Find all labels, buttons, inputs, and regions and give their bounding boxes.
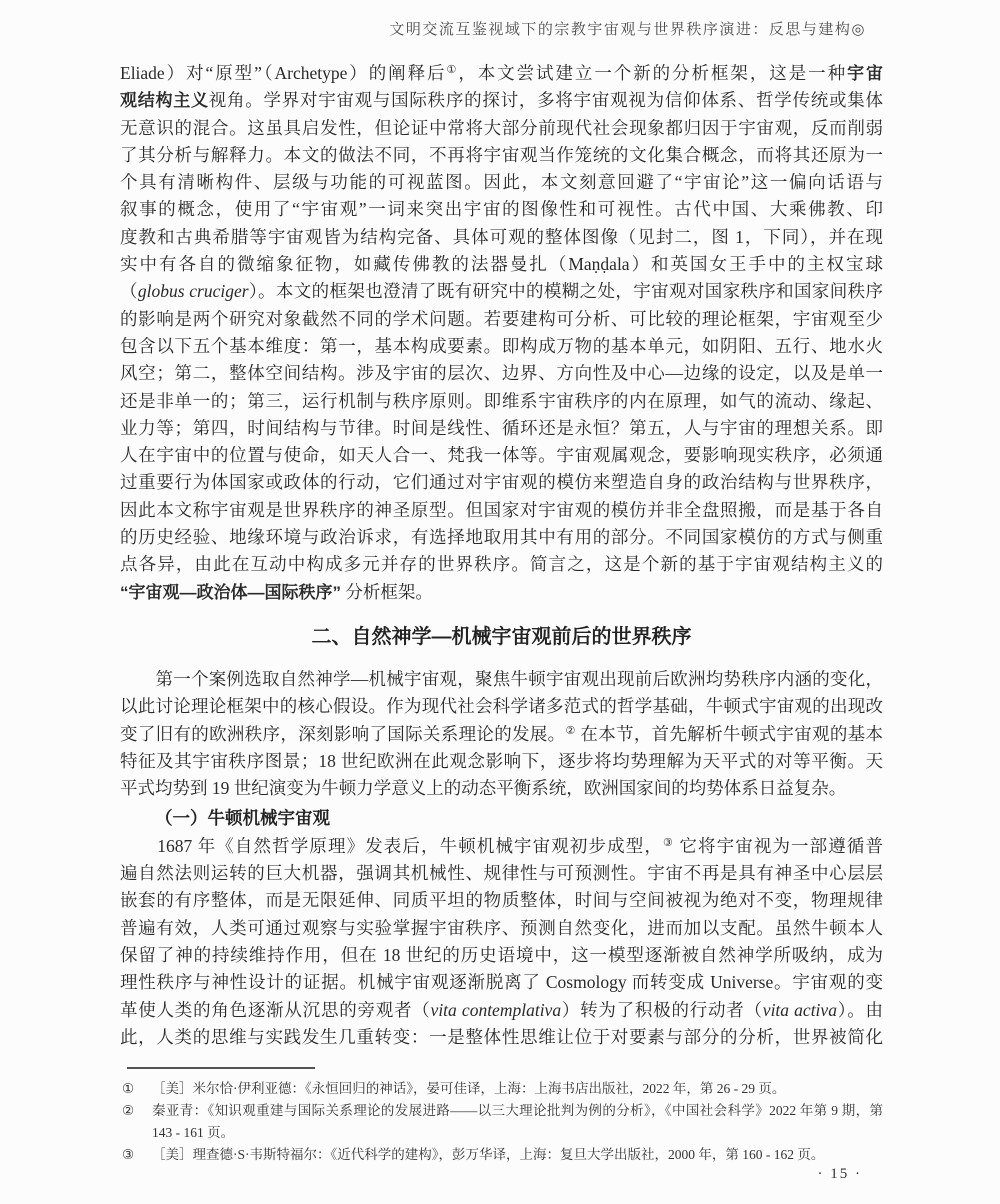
text-segment: 革使人类的角色逐渐从沉思的旁观者（ [120,1000,431,1020]
text-segment: 变了旧有的欧洲秩序，深刻影响了国际关系理论的发展。 [120,724,566,744]
text-segment: 此，人类的思维与实践发生几重转变：一是整体性思维让位于对要素与部分的分析，世界被… [120,1027,883,1047]
text-segment: 业力等；第四，时间结构与节律。时间是线性、循环还是永恒？第五，人与宇宙的理想关系… [120,418,883,438]
text-segment: 个具有清晰构件、层级与功能的可视蓝图。因此，本文刻意回避了“宇宙论”这一偏向话语… [120,172,883,192]
text-segment: 包含以下五个基本维度：第一，基本构成要素。即构成万物的基本单元，如阴阳、五行、地… [120,336,883,356]
footnote-text: ［美］米尔恰·伊利亚德：《永恒回归的神话》，晏可佳译，上海：上海书店出版社，20… [152,1078,883,1100]
paragraph: Eliade）对“原型”（Archetype）的阐释后①，本文尝试建立一个新的分… [120,60,883,606]
text-line: 因此本文称宇宙观是世界秩序的神圣原型。但国家对宇宙观的模仿并非全盘照搬，而是基于… [120,497,883,524]
text-segment: 1687 年《自然哲学原理》发表后，牛顿机械宇宙观初步成型， [120,836,663,856]
text-line: 变了旧有的欧洲秩序，深刻影响了国际关系理论的发展。② 在本节，首先解析牛顿式宇宙… [120,721,883,748]
text-line: 业力等；第四，时间结构与节律。时间是线性、循环还是永恒？第五，人与宇宙的理想关系… [120,415,883,442]
text-segment: 以此讨论理论框架中的核心假设。作为现代社会科学诸多范式的哲学基础，牛顿式宇宙观的… [120,696,883,716]
text-line: 遍自然法则运转的巨大机器，强调其机械性、规律性与可预测性。宇宙不再是具有神圣中心… [120,860,883,887]
text-line: 普遍有效，人类可通过观察与实验掌握宇宙秩序、预测自然变化，进而加以支配。虽然牛顿… [120,915,883,942]
text-line: 1687 年《自然哲学原理》发表后，牛顿机械宇宙观初步成型，③ 它将宇宙视为一部… [120,833,883,860]
text-line: 风空；第二，整体空间结构。涉及宇宙的层次、边界、方向性及中心—边缘的设定，以及是… [120,360,883,387]
footnote-text: 秦亚青：《知识观重建与国际关系理论的发展进路——以三大理论批判为例的分析》，《中… [152,1100,883,1144]
text-line: 革使人类的角色逐渐从沉思的旁观者（vita contemplativa）转为了积… [120,997,883,1024]
text-segment: 平式均势到 19 世纪演变为牛顿力学意义上的动态平衡系统，欧洲国家间的均势体系日… [120,778,846,798]
text-segment: 的影响是两个研究对象截然不同的学术问题。若要建构可分析、可比较的理论框架，宇宙观… [120,309,883,329]
text-line: 还是非单一的；第三，运行机制与秩序原则。即维系宇宙秩序的内在原理，如气的流动、缘… [120,388,883,415]
text-segment: 还是非单一的；第三，运行机制与秩序原则。即维系宇宙秩序的内在原理，如气的流动、缘… [120,391,883,411]
text-segment: 宇宙 [847,64,883,83]
footnote-reference: ③ [663,837,674,849]
text-line: 度教和古典希腊等宇宙观皆为结构完备、具体可观的整体图像（见封二，图 1，下同），… [120,224,883,251]
footnote: ①［美］米尔恰·伊利亚德：《永恒回归的神话》，晏可佳译，上海：上海书店出版社，2… [120,1078,883,1100]
text-line: 观结构主义视角。学界对宇宙观与国际秩序的探讨，多将宇宙观视为信仰体系、哲学传统或… [120,87,883,114]
text-segment: ，本文尝试建立一个新的分析框架，这是一种 [458,63,847,83]
text-segment: ）。本文的框架也澄清了既有研究中的模糊之处，宇宙观对国家秩序和国家间秩序 [249,281,883,301]
text-segment: 过重要行为体国家或政体的行动，它们通过对宇宙观的模仿来塑造自身的政治结构与世界秩… [120,472,883,492]
footnote-reference: ① [447,64,459,76]
text-line: 点各异，由此在互动中构成多元并存的世界秩序。简言之，这是个新的基于宇宙观结构主义… [120,551,883,578]
text-segment: 普遍有效，人类可通过观察与实验掌握宇宙秩序、预测自然变化，进而加以支配。虽然牛顿… [120,918,883,938]
text-line: 实中有各自的微缩象征物，如藏传佛教的法器曼扎（Maṇḍala）和英国女王手中的主… [120,251,883,278]
text-line: （globus cruciger）。本文的框架也澄清了既有研究中的模糊之处，宇宙… [120,278,883,305]
text-line: 嵌套的有序整体，而是无限延伸、同质平坦的物质整体，时间与空间被视为绝对不变，物理… [120,887,883,914]
text-segment: 第一个案例选取自然神学—机械宇宙观，聚焦牛顿宇宙观出现前后欧洲均势秩序内涵的变化… [120,669,883,689]
text-segment: Eliade）对“原型”（Archetype）的阐释后 [120,63,447,83]
footnote: ②秦亚青：《知识观重建与国际关系理论的发展进路——以三大理论批判为例的分析》，《… [120,1100,883,1144]
text-segment: 观结构主义 [120,91,209,110]
footnotes-section: ①［美］米尔恰·伊利亚德：《永恒回归的神话》，晏可佳译，上海：上海书店出版社，2… [120,1067,883,1166]
text-line: 的历史经验、地缘环境与政治诉求，有选择地取用其中有用的部分。不同国家模仿的方式与… [120,524,883,551]
text-segment: vita contemplativa [431,1000,562,1020]
text-line: 此，人类的思维与实践发生几重转变：一是整体性思维让位于对要素与部分的分析，世界被… [120,1024,883,1051]
text-segment: 人在宇宙中的位置与使命，如天人合一、梵我一体等。宇宙观属观念，要影响现实秩序，必… [120,445,883,465]
text-segment: 视角。学界对宇宙观与国际秩序的探讨，多将宇宙观视为信仰体系、哲学传统或集体 [209,90,883,110]
footnote-marker: ① [120,1078,152,1100]
running-header: 文明交流互鉴视域下的宗教宇宙观与世界秩序演进：反思与建构◎ [389,18,866,39]
text-segment: ）转为了积极的行动者（ [561,1000,763,1020]
paragraph: 第一个案例选取自然神学—机械宇宙观，聚焦牛顿宇宙观出现前后欧洲均势秩序内涵的变化… [120,666,883,802]
text-line: 无意识的混合。这虽具启发性，但论证中常将大部分前现代社会现象都归因于宇宙观，反而… [120,115,883,142]
text-line: “宇宙观—政治体—国际秩序” 分析框架。 [120,579,883,606]
footnote-marker: ③ [120,1144,152,1166]
text-line: 了其分析与解释力。本文的做法不同，不再将宇宙观当作笼统的文化集合概念，而将其还原… [120,142,883,169]
text-segment: 点各异，由此在互动中构成多元并存的世界秩序。简言之，这是个新的基于宇宙观结构主义… [120,554,883,574]
text-line: Eliade）对“原型”（Archetype）的阐释后①，本文尝试建立一个新的分… [120,60,883,87]
text-segment: 分析框架。 [341,582,433,602]
text-line: 过重要行为体国家或政体的行动，它们通过对宇宙观的模仿来塑造自身的政治结构与世界秩… [120,469,883,496]
paragraph: 1687 年《自然哲学原理》发表后，牛顿机械宇宙观初步成型，③ 它将宇宙视为一部… [120,833,883,1051]
text-line: 理性秩序与神性设计的证据。机械宇宙观逐渐脱离了 Cosmology 而转变成 U… [120,969,883,996]
text-segment: 的历史经验、地缘环境与政治诉求，有选择地取用其中有用的部分。不同国家模仿的方式与… [120,527,883,547]
text-line: 包含以下五个基本维度：第一，基本构成要素。即构成万物的基本单元，如阴阳、五行、地… [120,333,883,360]
text-segment: 叙事的概念，使用了“宇宙观”一词来突出宇宙的图像性和可视性。古代中国、大乘佛教、… [120,199,883,219]
text-segment: 度教和古典希腊等宇宙观皆为结构完备、具体可观的整体图像（见封二，图 1，下同），… [120,227,883,247]
text-segment: 保留了神的持续维持作用，但在 18 世纪的历史语境中，这一模型逐渐被自然神学所吸… [120,945,883,965]
text-segment: 在本节，首先解析牛顿式宇宙观的基本 [576,724,883,744]
text-line: 的影响是两个研究对象截然不同的学术问题。若要建构可分析、可比较的理论框架，宇宙观… [120,306,883,333]
document-page: 文明交流互鉴视域下的宗教宇宙观与世界秩序演进：反思与建构◎ Eliade）对“原… [0,0,1000,1204]
text-line: 个具有清晰构件、层级与功能的可视蓝图。因此，本文刻意回避了“宇宙论”这一偏向话语… [120,169,883,196]
text-line: 第一个案例选取自然神学—机械宇宙观，聚焦牛顿宇宙观出现前后欧洲均势秩序内涵的变化… [120,666,883,693]
text-segment: （ [120,281,138,301]
sub-heading: （一）牛顿机械宇宙观 [120,805,883,832]
text-segment: globus cruciger [138,281,249,301]
text-line: 人在宇宙中的位置与使命，如天人合一、梵我一体等。宇宙观属观念，要影响现实秩序，必… [120,442,883,469]
text-segment: 理性秩序与神性设计的证据。机械宇宙观逐渐脱离了 Cosmology 而转变成 U… [120,972,883,992]
text-segment: ）。由 [837,1000,883,1020]
footnote-marker: ② [120,1100,152,1144]
footnote: ③［美］理查德·S·韦斯特福尔：《近代科学的建构》，彭万华译，上海：复旦大学出版… [120,1144,883,1166]
text-segment: 实中有各自的微缩象征物，如藏传佛教的法器曼扎（Maṇḍala）和英国女王手中的主… [120,254,883,274]
footnote-text: ［美］理查德·S·韦斯特福尔：《近代科学的建构》，彭万华译，上海：复旦大学出版社… [152,1144,883,1166]
text-segment: 遍自然法则运转的巨大机器，强调其机械性、规律性与可预测性。宇宙不再是具有神圣中心… [120,863,883,883]
text-segment: 了其分析与解释力。本文的做法不同，不再将宇宙观当作笼统的文化集合概念，而将其还原… [120,145,883,165]
text-line: 以此讨论理论框架中的核心假设。作为现代社会科学诸多范式的哲学基础，牛顿式宇宙观的… [120,693,883,720]
text-segment: 因此本文称宇宙观是世界秩序的神圣原型。但国家对宇宙观的模仿并非全盘照搬，而是基于… [120,500,883,520]
text-line: 保留了神的持续维持作用，但在 18 世纪的历史语境中，这一模型逐渐被自然神学所吸… [120,942,883,969]
text-segment: vita activa [763,1000,837,1020]
page-number: · 15 · [818,1166,863,1183]
text-segment: 它将宇宙视为一部遵循普 [674,836,883,856]
text-segment: 特征及其宇宙秩序图景；18 世纪欧洲在此观念影响下，逐步将均势理解为天平式的对等… [120,751,883,771]
text-segment: 嵌套的有序整体，而是无限延伸、同质平坦的物质整体，时间与空间被视为绝对不变，物理… [120,890,883,910]
article-body: Eliade）对“原型”（Archetype）的阐释后①，本文尝试建立一个新的分… [120,60,883,1166]
text-segment: 无意识的混合。这虽具启发性，但论证中常将大部分前现代社会现象都归因于宇宙观，反而… [120,118,883,138]
text-line: 特征及其宇宙秩序图景；18 世纪欧洲在此观念影响下，逐步将均势理解为天平式的对等… [120,748,883,775]
footnote-reference: ② [566,725,576,737]
footnote-list: ①［美］米尔恰·伊利亚德：《永恒回归的神话》，晏可佳译，上海：上海书店出版社，2… [120,1069,883,1166]
text-line: 叙事的概念，使用了“宇宙观”一词来突出宇宙的图像性和可视性。古代中国、大乘佛教、… [120,196,883,223]
section-heading: 二、自然神学—机械宇宙观前后的世界秩序 [120,622,883,652]
text-segment: “宇宙观—政治体—国际秩序” [120,583,341,602]
text-segment: 风空；第二，整体空间结构。涉及宇宙的层次、边界、方向性及中心—边缘的设定，以及是… [120,363,883,383]
text-line: 平式均势到 19 世纪演变为牛顿力学意义上的动态平衡系统，欧洲国家间的均势体系日… [120,775,883,802]
